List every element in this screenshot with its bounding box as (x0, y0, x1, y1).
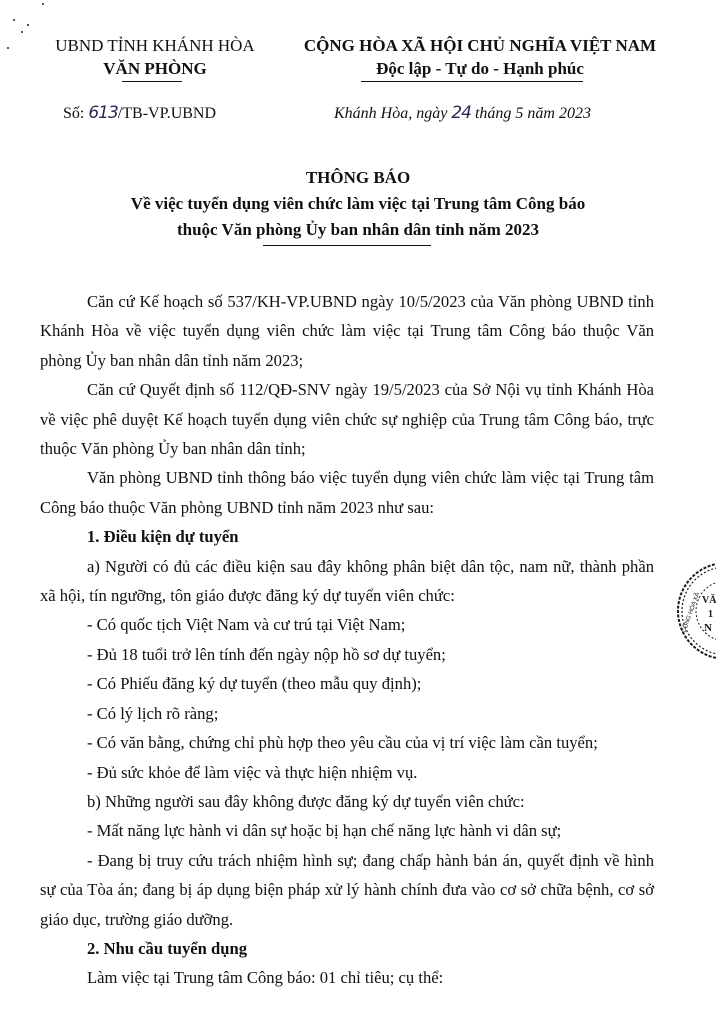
exclusion-item: - Đang bị truy cứu trách nhiệm hình sự; … (40, 846, 654, 934)
document-type-heading: THÔNG BÁO (40, 165, 676, 191)
eligibility-item: - Có Phiếu đăng ký dự tuyển (theo mẫu qu… (40, 669, 654, 698)
exclusion-item: - Mất năng lực hành vi dân sự hoặc bị hạ… (40, 816, 654, 845)
eligibility-item: - Có văn bằng, chứng chỉ phù hợp theo yê… (40, 728, 654, 757)
document-body: Căn cứ Kế hoạch số 537/KH-VP.UBND ngày 1… (40, 287, 654, 993)
eligibility-item: - Có lý lịch rõ ràng; (40, 699, 654, 728)
svg-text:N: N (704, 622, 712, 634)
recruitment-need-text: Làm việc tại Trung tâm Công báo: 01 chỉ … (40, 963, 654, 992)
eligibility-item: - Đủ 18 tuổi trở lên tính đến ngày nộp h… (40, 640, 654, 669)
place-and-date: Khánh Hòa, ngày 24 tháng 5 năm 2023 (334, 103, 591, 123)
section-2-heading: 2. Nhu cầu tuyển dụng (40, 934, 654, 963)
eligibility-item: - Có quốc tịch Việt Nam và cư trú tại Vi… (40, 610, 654, 639)
eligibility-item: - Đủ sức khỏe để làm việc và thực hiện n… (40, 758, 654, 787)
date-prefix: Khánh Hòa, ngày (334, 105, 451, 122)
doc-number-handwritten: 613 (88, 103, 117, 123)
national-motto: Độc lập - Tự do - Hạnh phúc (282, 57, 678, 80)
document-title-block: THÔNG BÁO Về việc tuyển dụng viên chức l… (40, 165, 676, 243)
official-seal-icon: VĂ 1 N CỘNG HÒA XÃ (676, 553, 716, 673)
title-underline (263, 245, 431, 246)
svg-text:1: 1 (708, 609, 713, 620)
motto-underline (361, 81, 583, 82)
date-suffix: tháng 5 năm 2023 (471, 105, 591, 122)
section-1-heading: 1. Điều kiện dự tuyển (40, 522, 654, 551)
announcement-paragraph: Văn phòng UBND tỉnh thông báo việc tuyển… (40, 463, 654, 522)
eligibility-intro: a) Người có đủ các điều kiện sau đây khô… (40, 552, 654, 611)
national-title: CỘNG HÒA XÃ HỘI CHỦ NGHĨA VIỆT NAM (282, 34, 678, 57)
national-header-block: CỘNG HÒA XÃ HỘI CHỦ NGHĨA VIỆT NAM Độc l… (282, 34, 678, 80)
document-subject-line-1: Về việc tuyển dụng viên chức làm việc tạ… (40, 191, 676, 217)
document-subject-line-2: thuộc Văn phòng Ủy ban nhân dân tỉnh năm… (40, 217, 676, 243)
issuing-authority-block: UBND TỈNH KHÁNH HÒA VĂN PHÒNG (40, 34, 270, 80)
authority-underline (122, 81, 182, 82)
exclusion-intro: b) Những người sau đây không được đăng k… (40, 787, 654, 816)
issuing-organization: UBND TỈNH KHÁNH HÒA (40, 34, 270, 57)
legal-basis-paragraph: Căn cứ Kế hoạch số 537/KH-VP.UBND ngày 1… (40, 287, 654, 375)
doc-number-prefix: Số: (63, 105, 88, 122)
svg-text:CỘNG HÒA XÃ: CỘNG HÒA XÃ (680, 592, 701, 634)
document-number: Số: 613/TB-VP.UBND (63, 103, 216, 123)
issuing-department: VĂN PHÒNG (40, 57, 270, 80)
date-day-handwritten: 24 (451, 103, 471, 123)
svg-text:VĂ: VĂ (702, 594, 716, 606)
doc-number-suffix: /TB-VP.UBND (118, 105, 216, 122)
legal-basis-paragraph: Căn cứ Quyết định số 112/QĐ-SNV ngày 19/… (40, 375, 654, 463)
